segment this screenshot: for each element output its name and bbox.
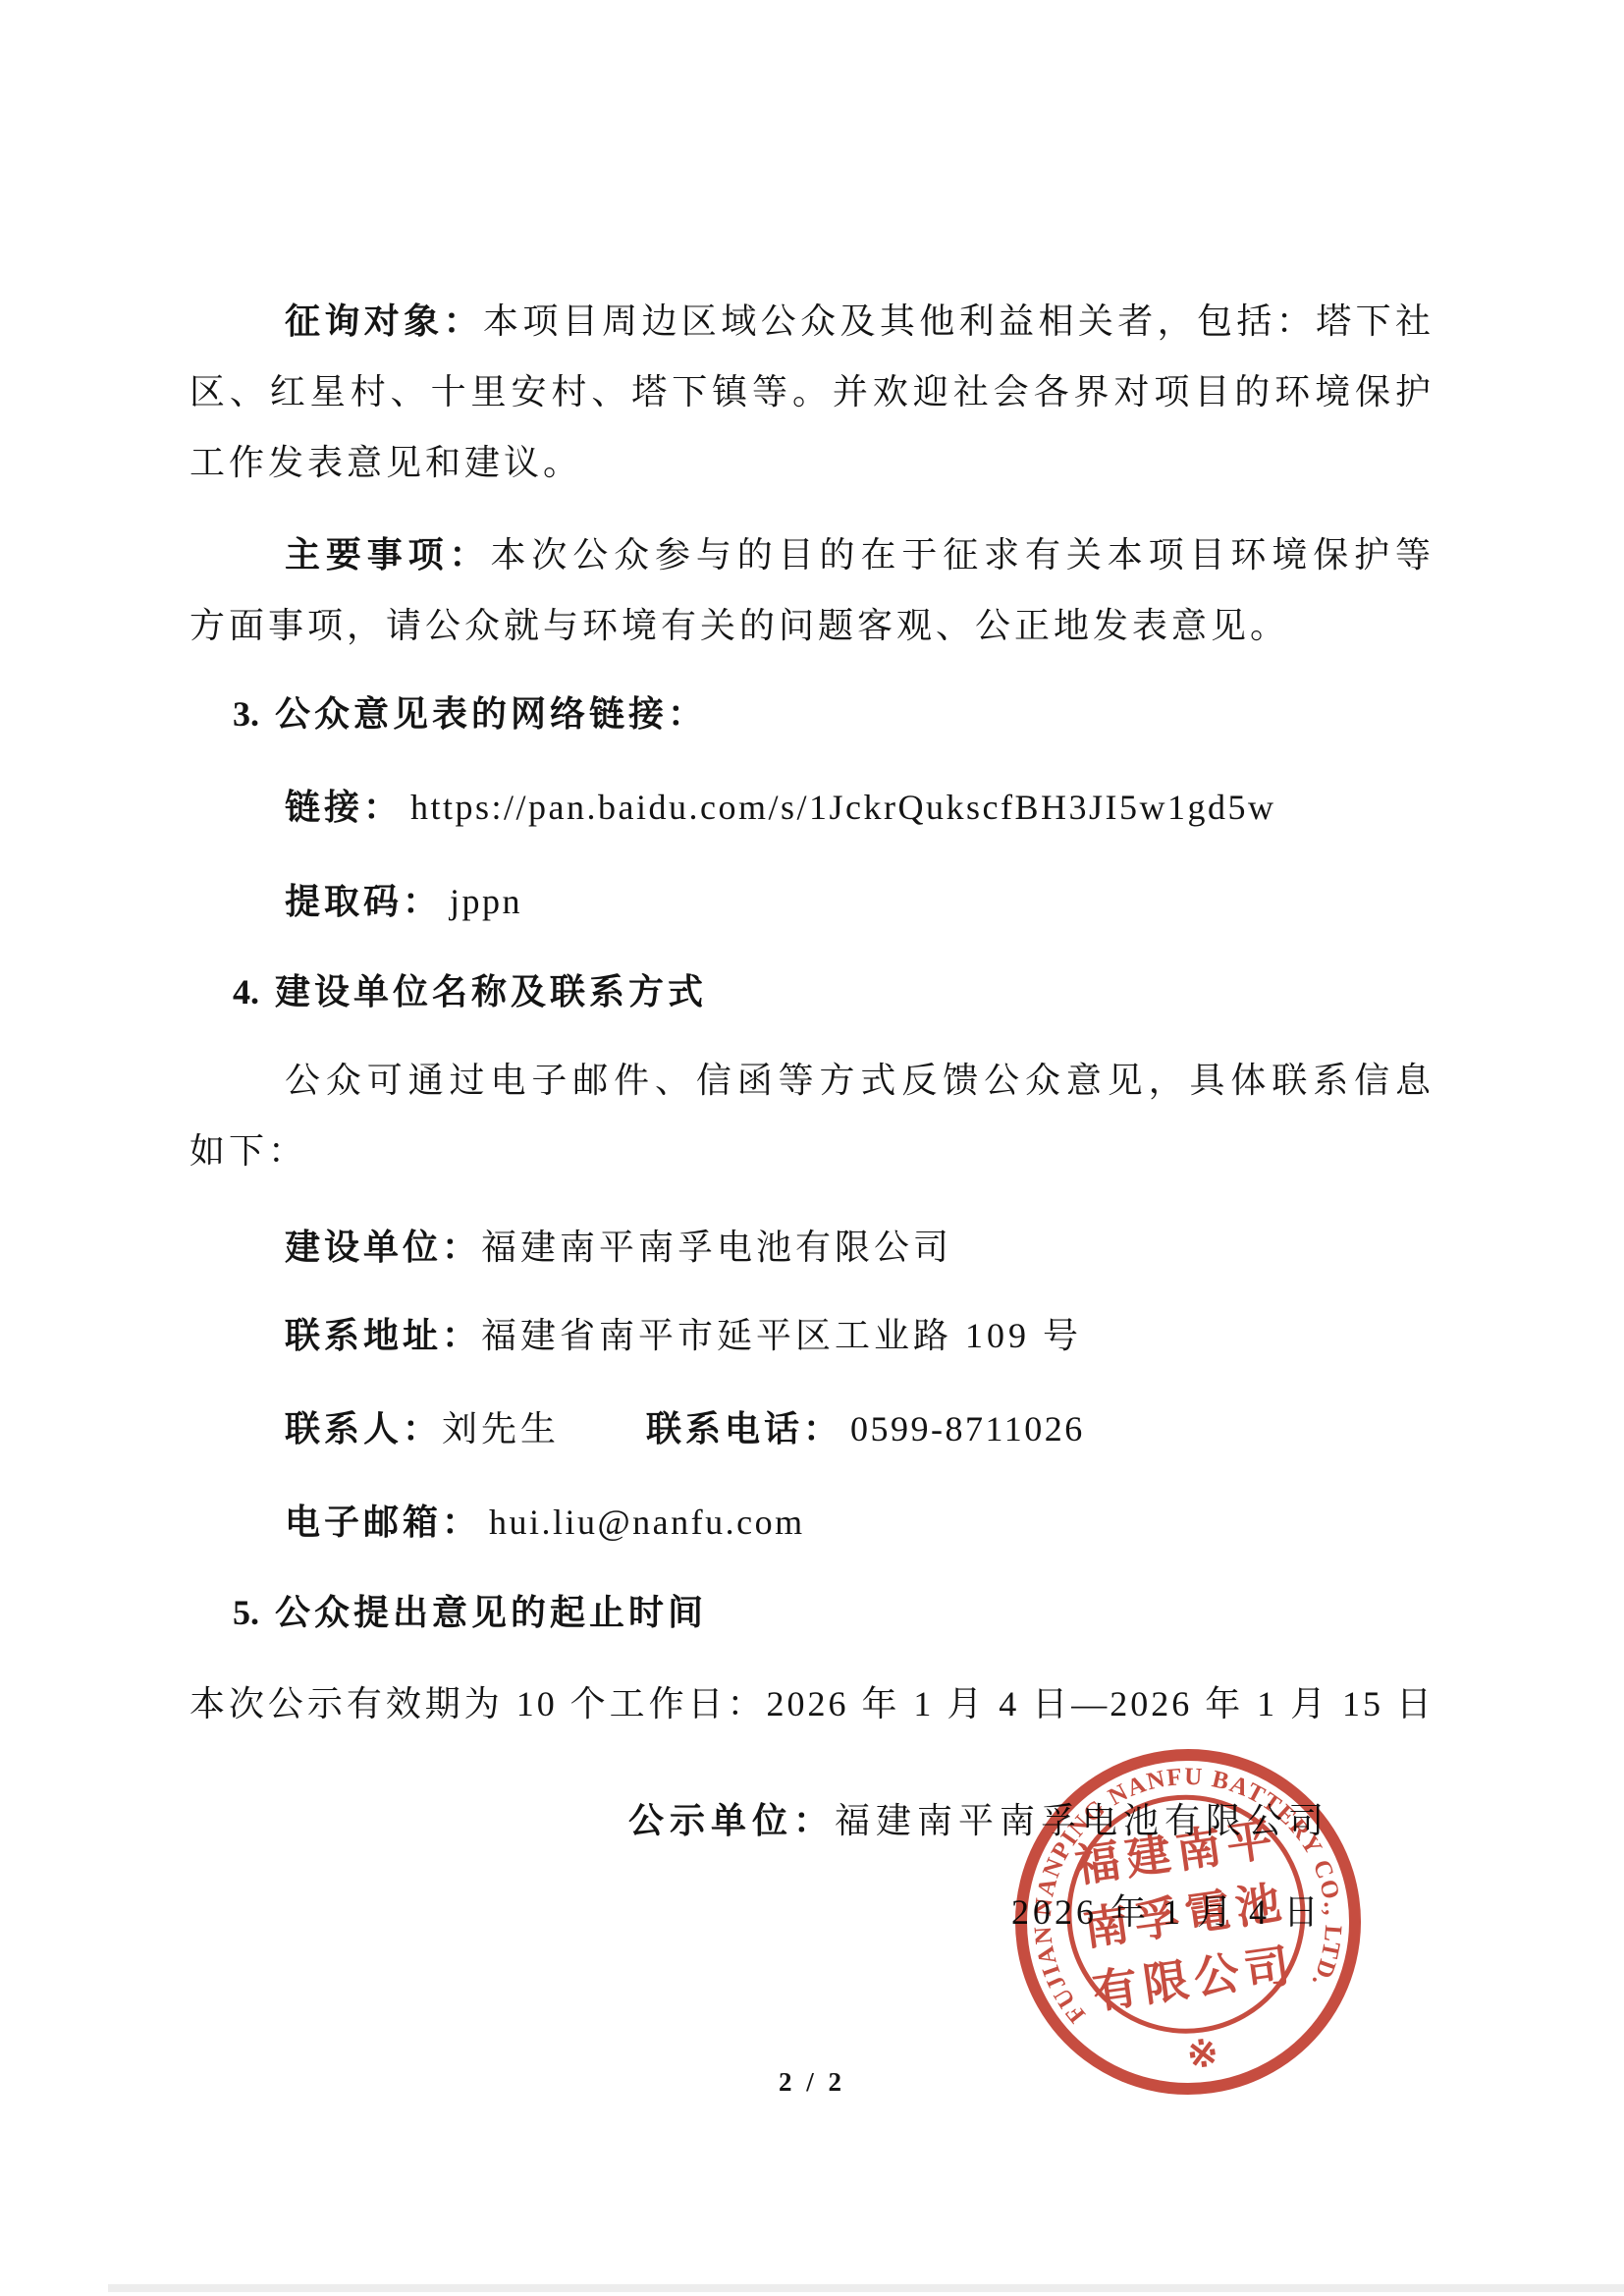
text-line: 工作发表意见和建议。: [189, 427, 1435, 498]
scan-edge-strip: [108, 2284, 1624, 2292]
section-title: 建设单位名称及联系方式: [275, 972, 707, 1011]
email-value: hui.liu@nanfu.com: [489, 1503, 805, 1542]
baidu-pan-link[interactable]: https://pan.baidu.com/s/1JckrQukscfBH3JI…: [410, 788, 1275, 827]
announcing-unit-value: 福建南平南孚电池有限公司: [835, 1801, 1329, 1840]
field-label: 电子邮箱：: [285, 1503, 481, 1542]
text-line: 征询对象：本项目周边区域公众及其他利益相关者，包括：塔下社: [189, 286, 1435, 356]
link-row: 链接：https://pan.baidu.com/s/1JckrQukscfBH…: [189, 772, 1435, 843]
document-page: 征询对象：本项目周边区域公众及其他利益相关者，包括：塔下社 区、红星村、十里安村…: [0, 0, 1624, 2296]
field-label: 链接：: [285, 788, 403, 827]
email-row: 电子邮箱：hui.liu@nanfu.com: [189, 1487, 1435, 1558]
section-heading-5: 5.公众提出意见的起止时间: [189, 1577, 1435, 1648]
extraction-code-row: 提取码：jppn: [189, 866, 1435, 937]
field-label: 建设单位：: [285, 1228, 481, 1267]
text-line: 方面事项，请公众就与环境有关的问题客观、公正地发表意见。: [189, 590, 1435, 661]
extraction-code-value: jppn: [450, 882, 522, 921]
field-label: 公示单位：: [628, 1801, 835, 1840]
paragraph-main-matters: 主要事项：本次公众参与的目的在于征求有关本项目环境保护等 方面事项，请公众就与环…: [189, 519, 1435, 661]
section-number: 4.: [233, 972, 259, 1011]
paragraph-feedback-channels: 公众可通过电子邮件、信函等方式反馈公众意见，具体联系信息 如下：: [189, 1045, 1435, 1186]
field-label: 联系地址：: [285, 1316, 481, 1355]
text-line: 公众可通过电子邮件、信函等方式反馈公众意见，具体联系信息: [189, 1045, 1435, 1116]
text-line: 区、红星村、十里安村、塔下镇等。并欢迎社会各界对项目的环境保护: [189, 356, 1435, 427]
validity-period-line: 本次公示有效期为 10 个工作日：2026 年 1 月 4 日—2026 年 1…: [189, 1668, 1435, 1739]
section-heading-3: 3.公众意见表的网络链接：: [189, 679, 1435, 749]
paragraph-consultation-targets: 征询对象：本项目周边区域公众及其他利益相关者，包括：塔下社 区、红星村、十里安村…: [189, 286, 1435, 498]
field-label: 征询对象：: [285, 301, 483, 341]
text-line: 主要事项：本次公众参与的目的在于征求有关本项目环境保护等: [189, 519, 1435, 590]
field-label: 提取码：: [285, 882, 442, 921]
text-line: 如下：: [189, 1116, 1435, 1186]
construction-unit-row: 建设单位：福建南平南孚电池有限公司: [189, 1212, 1435, 1283]
page-number: 2 / 2: [0, 2067, 1624, 2098]
field-label: 联系电话：: [646, 1409, 842, 1449]
contact-address-row: 联系地址：福建省南平市延平区工业路 109 号: [189, 1300, 1435, 1371]
section-heading-4: 4.建设单位名称及联系方式: [189, 957, 1435, 1027]
announcement-date: 2026 年 1 月 4 日: [189, 1877, 1435, 1947]
seal-line-3: 有限公司: [1090, 1940, 1299, 2017]
contact-person-value: 刘先生: [442, 1409, 560, 1449]
section-title: 公众意见表的网络链接：: [275, 694, 707, 734]
construction-unit-value: 福建南平南孚电池有限公司: [481, 1228, 952, 1267]
contact-address-value: 福建省南平市延平区工业路 109 号: [481, 1316, 1082, 1355]
section-number: 3.: [233, 694, 259, 734]
field-label: 主要事项：: [285, 535, 490, 574]
announcing-unit-row: 公示单位：福建南平南孚电池有限公司: [189, 1785, 1435, 1856]
document-body: 征询对象：本项目周边区域公众及其他利益相关者，包括：塔下社 区、红星村、十里安村…: [189, 0, 1435, 1947]
section-number: 5.: [233, 1593, 259, 1632]
contact-person-row: 联系人：刘先生联系电话：0599-8711026: [189, 1394, 1435, 1464]
text-run: 本次公众参与的目的在于征求有关本项目环境保护等: [490, 535, 1435, 574]
field-label: 联系人：: [285, 1409, 442, 1449]
section-title: 公众提出意见的起止时间: [275, 1593, 707, 1632]
text-run: 本项目周边区域公众及其他利益相关者，包括：塔下社: [483, 301, 1435, 341]
contact-phone-value: 0599-8711026: [850, 1409, 1085, 1449]
